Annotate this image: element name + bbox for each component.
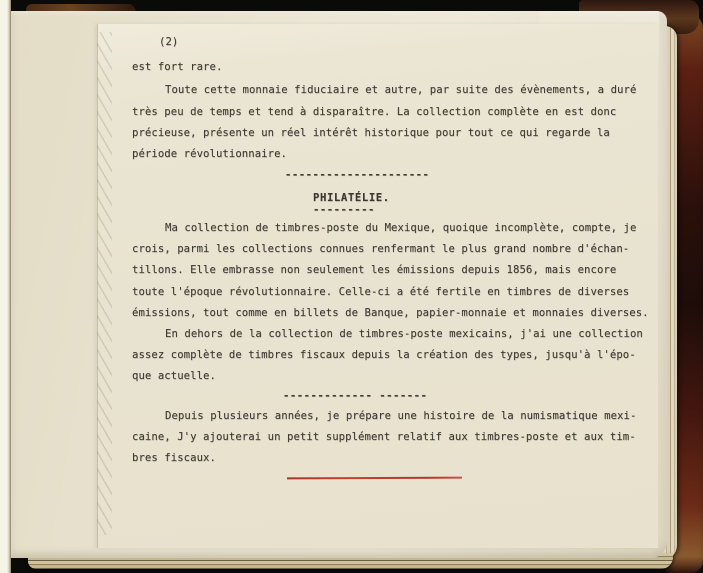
text-line: est fort rare. bbox=[132, 61, 222, 73]
text-line: Ma collection de timbres-poste du Mexiqu… bbox=[165, 222, 636, 234]
text-line: toute l'époque révolutionnaire. Celle-ci… bbox=[132, 286, 629, 298]
text-line: crois, parmi les collections connues ren… bbox=[132, 243, 629, 255]
text-line: assez complète de timbres fiscaux depuis… bbox=[132, 349, 636, 361]
page-number: (2) bbox=[159, 36, 178, 48]
text-line: période révolutionnaire. bbox=[132, 148, 287, 160]
text-line: tillons. Elle embrasse non seulement les… bbox=[132, 264, 616, 276]
separator-line: --------------------- bbox=[285, 169, 429, 181]
scanned-book-page: (2) est fort rare. Toute cette monnaie f… bbox=[0, 0, 703, 573]
text-line: émissions, tout comme en billets de Banq… bbox=[132, 307, 649, 319]
left-page-edge bbox=[0, 0, 11, 573]
text-line: bres fiscaux. bbox=[132, 452, 216, 464]
section-title: PHILATÉLIE. bbox=[313, 192, 390, 204]
text-line: Depuis plusieurs années, je prépare une … bbox=[165, 410, 636, 422]
text-line: caine, J'y ajouterai un petit supplément… bbox=[132, 431, 636, 443]
text-line: précieuse, présente un réel intérêt hist… bbox=[132, 127, 610, 139]
text-line: Toute cette monnaie fiduciaire et autre,… bbox=[165, 84, 636, 96]
text-line: très peu de temps et tend à disparaître.… bbox=[132, 106, 616, 118]
section-title-underline: --------- bbox=[313, 204, 375, 216]
text-line: En dehors de la collection de timbres-po… bbox=[165, 328, 643, 340]
text-line: que actuelle. bbox=[132, 370, 216, 382]
separator-line: ------------- ------- bbox=[283, 390, 427, 402]
sheet-perforated-edge bbox=[97, 32, 112, 535]
